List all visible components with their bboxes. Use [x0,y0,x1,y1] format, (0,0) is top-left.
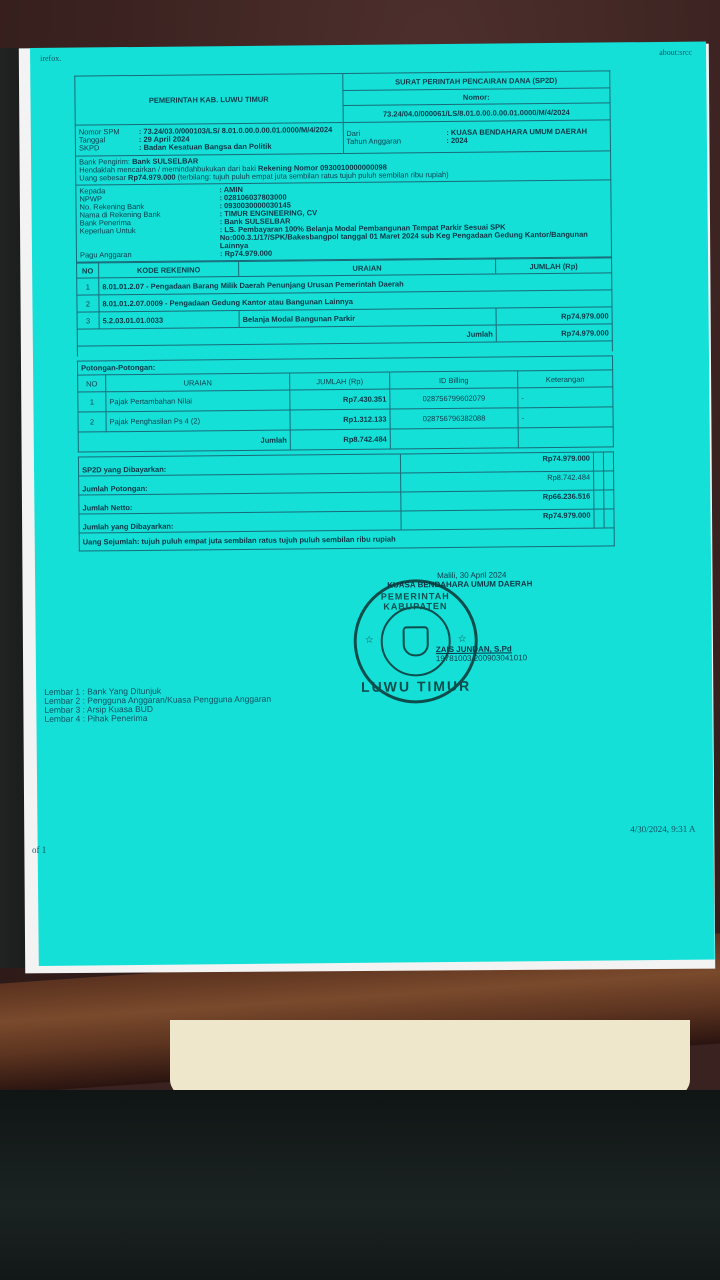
amount-in-words: Uang Sejumlah: tujuh puluh empat juta se… [79,528,614,551]
print-timestamp: 4/30/2024, 9:31 A [630,824,695,835]
header-table: PEMERINTAH KAB. LUWU TIMUR SURAT PERINTA… [74,70,611,156]
rekening-table: NO KODE REKENINO URAIAN JUMLAH (Rp) 1 8.… [76,257,613,346]
star-icon: ☆ [365,635,374,646]
sign-nip: 19781003 200903041010 [388,653,578,664]
page-counter: of 1 [32,845,46,855]
recipient-details: Kepada: AMIN NPWP: 028106037803000 No. R… [75,180,612,262]
print-header-right: about:srcc [659,48,692,57]
government-name: PEMERINTAH KAB. LUWU TIMUR [75,74,343,126]
sp2d-document: irefox. about:srcc PEMERINTAH KAB. LUWU … [30,42,715,966]
potongan-total-row: Jumlah Rp8.742.484 [78,427,613,452]
chair-leather [0,1090,720,1280]
meta-left: Nomor SPM: 73.24/03.0/000103/LS/ 8.01.0.… [75,123,343,157]
meta-right: Dari: KUASA BENDAHARA UMUM DAERAH Tahun … [343,120,611,154]
distribution-list: Lembar 1 : Bank Yang Ditunjuk Lembar 2 :… [44,686,271,724]
summary-table: SP2D yang Dibayarkan: Rp74.979.000 Jumla… [78,451,615,551]
document-body: PEMERINTAH KAB. LUWU TIMUR SURAT PERINTA… [74,70,615,551]
print-header-left: irefox. [40,54,61,63]
potongan-table: NO URAIAN JUMLAH (Rp) ID Billing Keteran… [77,369,614,452]
signature-block: Malili, 30 April 2024 KUASA BENDAHARA UM… [387,570,578,664]
